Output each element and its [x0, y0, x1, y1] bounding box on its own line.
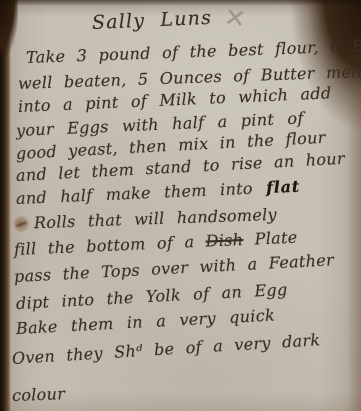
- page-top-shadow: [0, 0, 361, 6]
- struck-through-word: Dish: [205, 230, 243, 251]
- line-text: fill the bottom of a: [14, 232, 206, 259]
- page-right-shade: [347, 90, 361, 411]
- manuscript-page-photo: Sally Luns ✕ Take 3 pound of the best fl…: [0, 0, 361, 411]
- pencil-x-icon: ✕: [222, 3, 248, 36]
- recipe-title: Sally Luns: [92, 7, 213, 34]
- emphasized-word: flat: [266, 177, 301, 197]
- manuscript-line: Rolls that will handsomely: [14, 205, 277, 233]
- ink-blot-icon: [14, 216, 30, 232]
- manuscript-line: Oven they Shᵈ be of a very dark: [11, 330, 320, 368]
- book-binding-edge: [0, 0, 11, 411]
- line-text: Plate: [243, 228, 298, 249]
- line-text: Rolls that will handsomely: [34, 205, 277, 232]
- binding-corner-shadow: [0, 0, 18, 56]
- manuscript-line: colour: [12, 384, 66, 405]
